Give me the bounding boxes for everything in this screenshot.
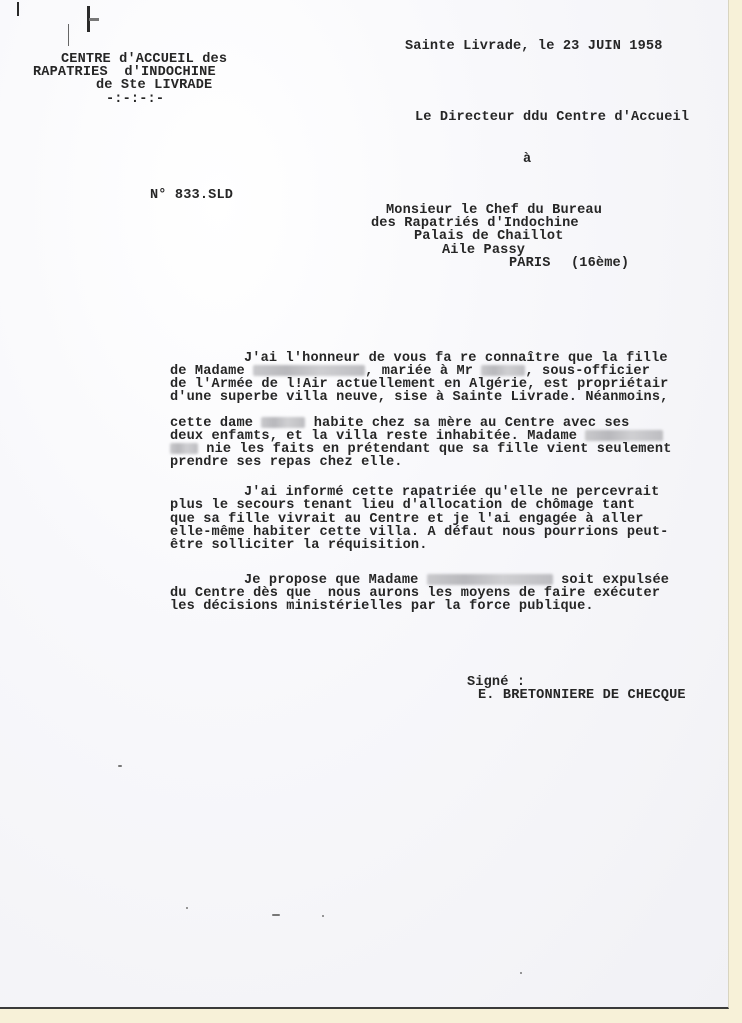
- signature-name: E. BRETONNIERE DE CHECQUE: [478, 689, 686, 702]
- letterhead-line-3: de Ste LIVRADE: [96, 79, 212, 92]
- redacted-name: [253, 365, 365, 376]
- sender-line: Le Directeur ddu Centre d'Accueil: [415, 111, 689, 124]
- body-p1-line-1: J'ai l'honneur de vous fa re connaître q…: [244, 352, 668, 365]
- scan-speck: [118, 765, 122, 767]
- body-p2-line-5: être solliciter la réquisition.: [170, 539, 428, 552]
- dateline: Sainte Livrade, le 23 JUIN 1958: [405, 40, 663, 53]
- body-p3-line-3: les décisions ministérielles par la forc…: [170, 600, 594, 613]
- binder-mark: [17, 2, 19, 16]
- scan-speck: [322, 915, 324, 917]
- reference-number: N° 833.SLD: [150, 189, 233, 202]
- redacted-name: [170, 443, 198, 454]
- redacted-name: [427, 574, 553, 585]
- letter-page: CENTRE d'ACCUEIL des RAPATRIES d'INDOCHI…: [0, 0, 729, 1009]
- redacted-name: [481, 365, 525, 376]
- recipient-city: PARIS: [509, 257, 551, 270]
- binder-mark: [68, 24, 69, 46]
- recipient-line-3: Palais de Chaillot: [414, 230, 564, 243]
- binder-mark: [89, 18, 99, 21]
- scan-speck: [520, 972, 522, 974]
- letterhead-separator: -:-:-:-: [106, 93, 164, 106]
- redacted-name: [585, 430, 663, 441]
- scan-speck: [272, 914, 280, 916]
- scan-speck: [186, 907, 188, 909]
- body-p2-line-2: plus le secours tenant lieu d'allocation…: [170, 499, 635, 512]
- recipient-district: (16ème): [571, 257, 629, 270]
- body-p1-line-8: prendre ses repas chez elle.: [170, 456, 403, 469]
- body-p1-line-4: d'une superbe villa neuve, sise à Sainte…: [170, 391, 668, 404]
- to-word: à: [523, 153, 531, 166]
- redacted-name: [261, 417, 305, 428]
